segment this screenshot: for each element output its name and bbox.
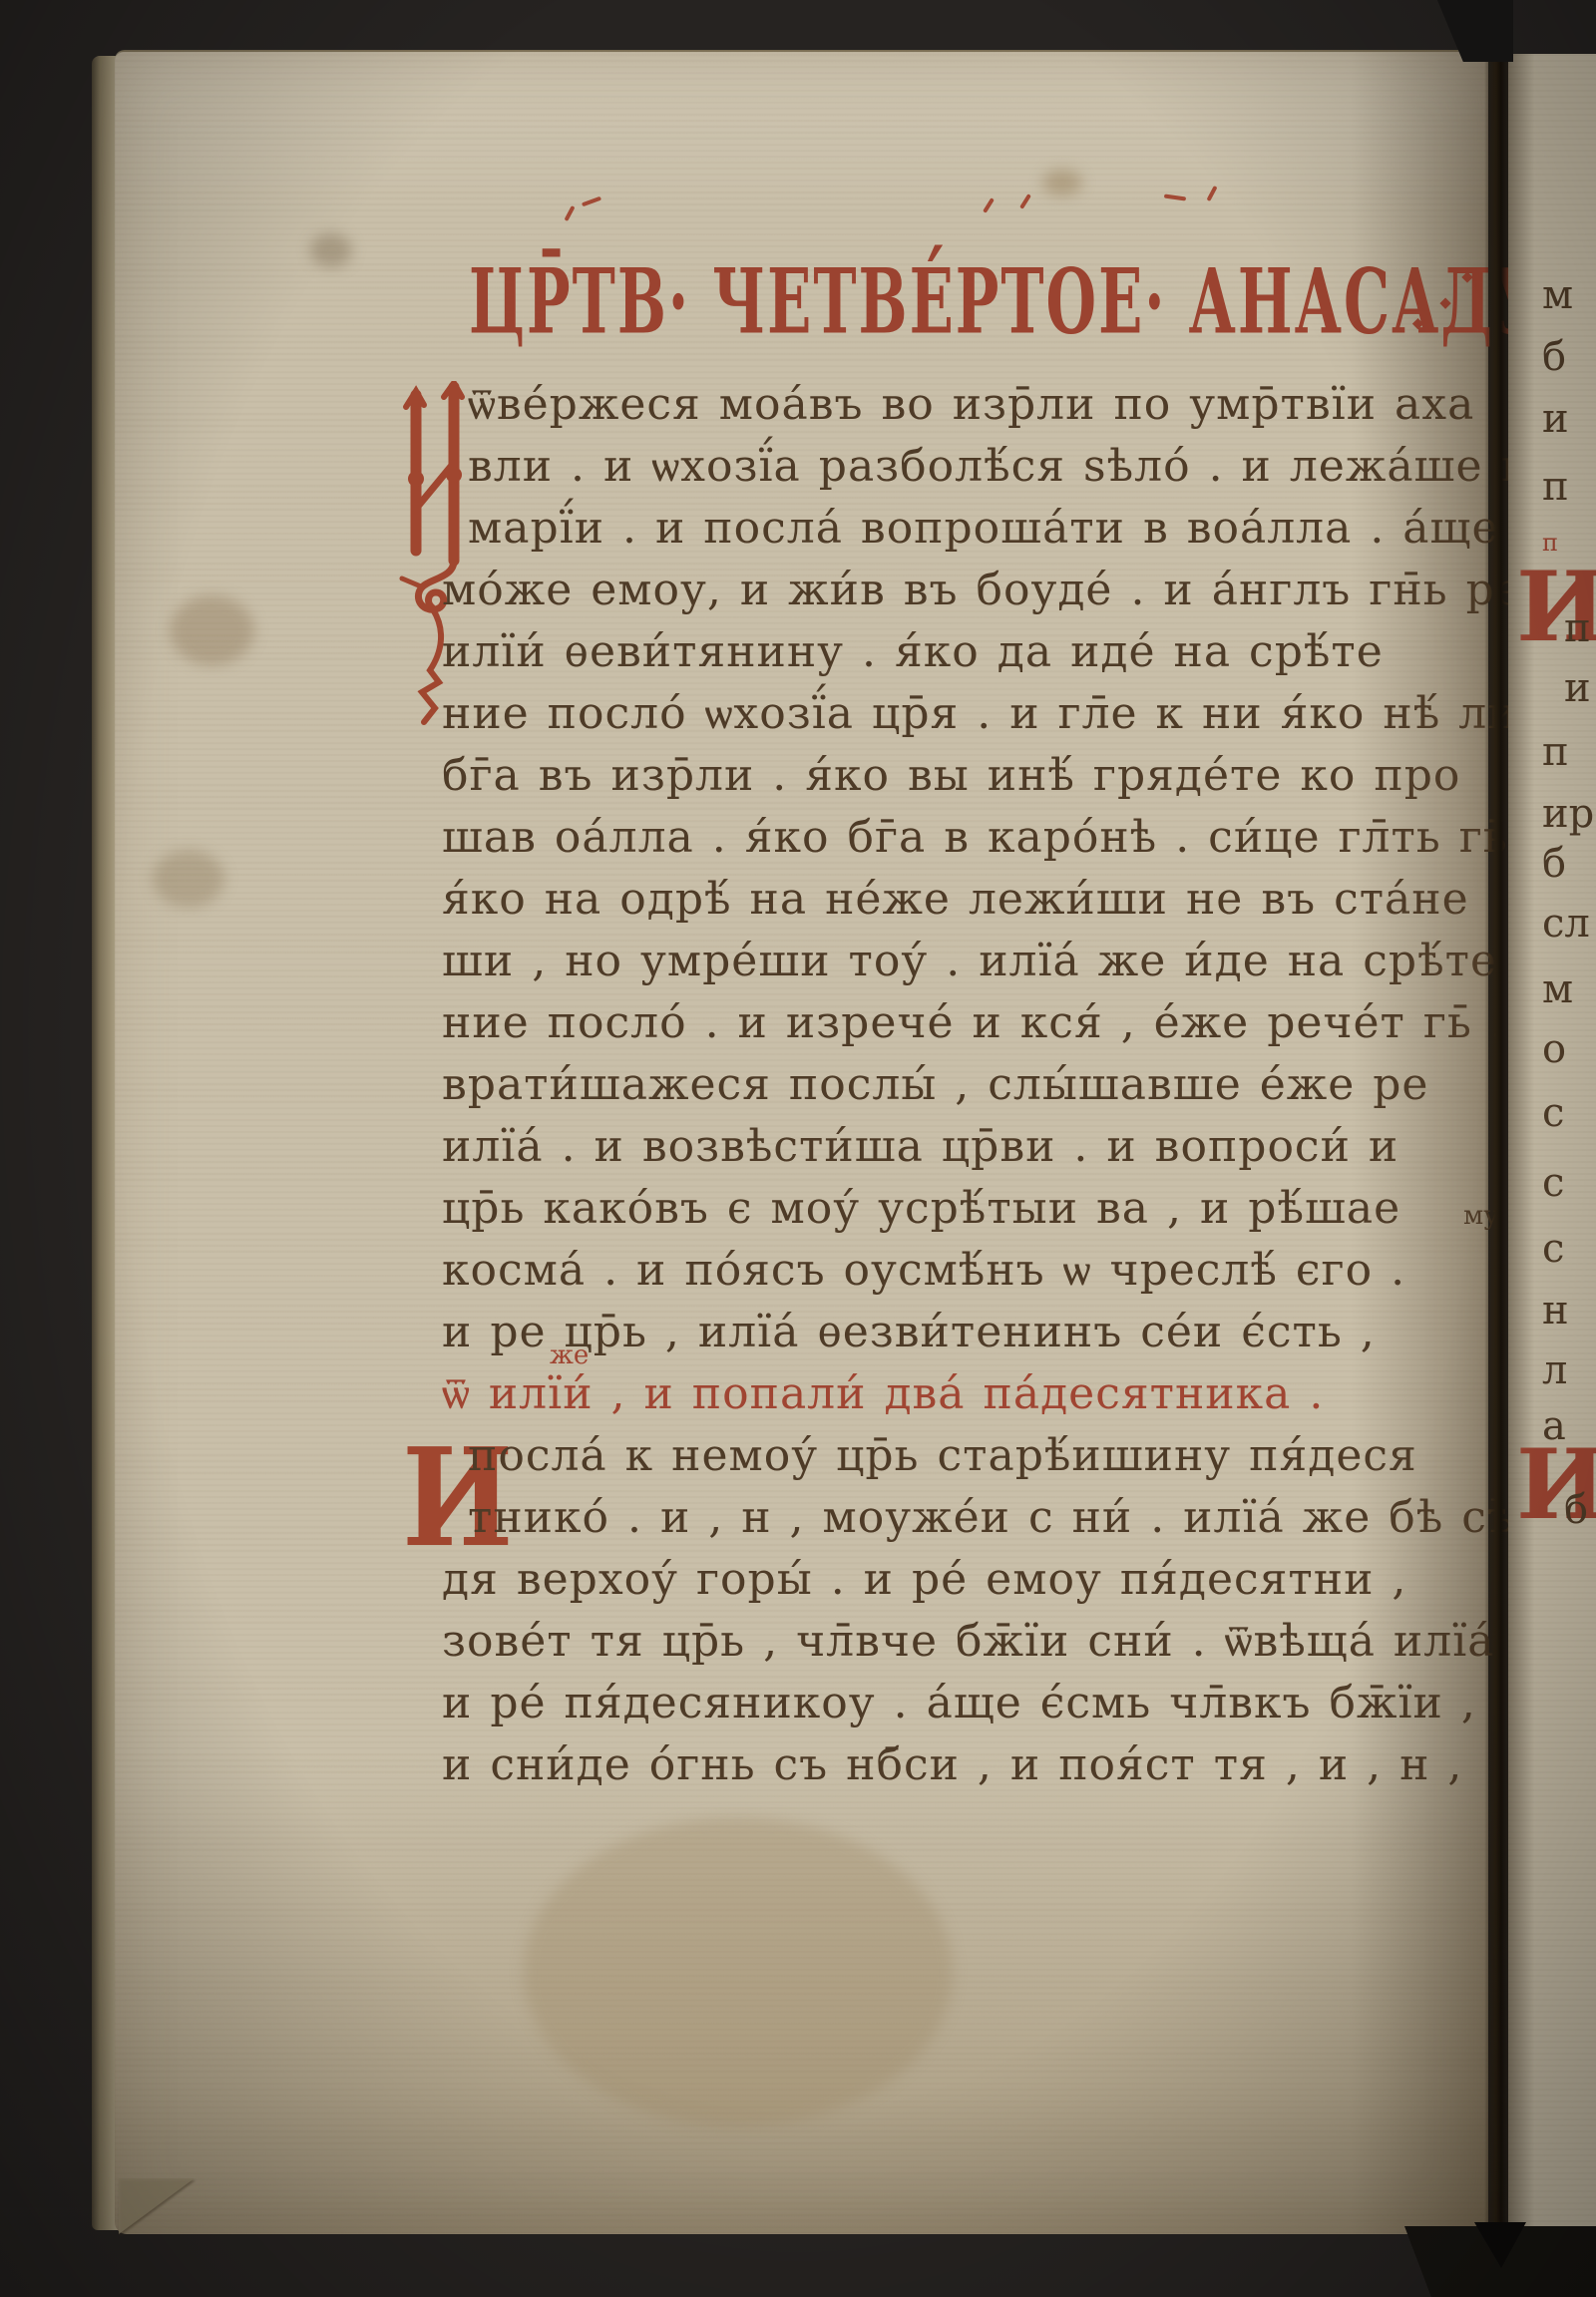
margin-glyph: б xyxy=(1542,844,1566,884)
paper-stain xyxy=(170,595,254,665)
margin-glyph: и xyxy=(1564,668,1591,708)
facing-page-sliver: м б и п п И п и п ир б сл м о с с с н л … xyxy=(1508,54,1596,2228)
text-line: и ре́ пя́десяникоу . а́ще є́смь чл̄вкъ б… xyxy=(442,1675,1484,1736)
text-line: дя верхоу́ горы́ . и ре́ емоу пя́десятни… xyxy=(442,1551,1484,1613)
accent-stroke xyxy=(564,205,575,221)
manuscript-photo: ЦР̄ТВ· ЧЕТВЕ́РТОЕ· АНАСАДУ ВЪ ИЗР̄ЛИ : xyxy=(0,0,1596,2297)
text-line: я́ко на одрѣ́ на не́же лежи́ши не въ ста… xyxy=(442,871,1484,933)
margin-glyph: м xyxy=(1542,969,1573,1009)
paper-stain xyxy=(310,233,352,267)
paper-stain xyxy=(524,1817,953,2126)
superscript-zhe: же xyxy=(550,1340,589,1370)
text-line: вли . и ѡхозї́а разболѣ́ся ѕѣло́ . и леж… xyxy=(442,438,1510,500)
folded-corner xyxy=(119,2178,195,2234)
text-line: бг̄а въ изр̄ли . я́ко вы инѣ́ гряде́те к… xyxy=(442,747,1484,809)
margin-glyph: п xyxy=(1542,732,1569,772)
text-line: ние посло́ ѡхозї́а цр̄я . и гл̄е к ни я́… xyxy=(442,685,1484,747)
text-line: ние посло́ . и изрече́ и кся́ , е́же реч… xyxy=(442,994,1484,1056)
text-line: и ре цр̄ь , илїа́ ѳезви́тенинъ се́и є́ст… xyxy=(442,1304,1484,1365)
margin-glyph: о xyxy=(1542,1029,1566,1069)
text-line: ѿве́ржеся моа́въ во изр̄ли по умр̄твїи а… xyxy=(442,376,1510,438)
text-line: илїа́ . и возвѣсти́ша цр̄ви . и вопроси́… xyxy=(442,1118,1484,1180)
manuscript-page: ЦР̄ТВ· ЧЕТВЕ́РТОЕ· АНАСАДУ ВЪ ИЗР̄ЛИ : xyxy=(115,50,1488,2234)
accent-stroke xyxy=(1164,193,1186,200)
text-line: илїи́ ѳеви́тянину . я́ко да иде́ на срѣ́… xyxy=(442,623,1484,685)
rubric-line: ѿ илїи́ , и попали́ два́ па́десятника . xyxy=(442,1365,1484,1427)
accent-stroke xyxy=(582,196,601,207)
text-line: шав оа́лла . я́ко бг̄а в каро́нѣ . си́це… xyxy=(442,809,1484,871)
margin-glyph: сл xyxy=(1542,904,1590,944)
chapter-title: ЦР̄ТВ· ЧЕТВЕ́РТОЕ· АНАСАДУ ВЪ ИЗР̄ЛИ : xyxy=(469,249,1476,354)
text-line: посла́ к немоу́ цр̄ь старѣ́ишину пя́деся xyxy=(442,1427,1510,1489)
margin-glyph: б xyxy=(1564,1490,1588,1530)
text-line: марї́и . и посла́ вопроша́ти в воа́лла .… xyxy=(442,500,1510,562)
margin-glyph: м xyxy=(1542,275,1573,315)
paper-stain xyxy=(153,850,224,908)
margin-glyph: ир xyxy=(1542,794,1594,834)
text-line: зове́т тя цр̄ь , чл̄вче бж̄їи сни́ . ѿвѣ… xyxy=(442,1613,1484,1675)
text-line: цр̄ь како́въ є моу́ усрѣ́тыи ва , и рѣ́ш… xyxy=(442,1180,1484,1242)
accent-stroke xyxy=(983,197,995,213)
text-line: врати́шажеся послы́ , слы́шавше е́же ре xyxy=(442,1056,1484,1118)
margin-glyph: с xyxy=(1542,1093,1564,1133)
paper-stain xyxy=(1042,170,1082,195)
margin-glyph: п xyxy=(1564,608,1591,648)
margin-glyph: н xyxy=(1542,1291,1569,1331)
margin-glyph: п xyxy=(1542,467,1569,507)
margin-glyph: и xyxy=(1542,399,1569,439)
margin-glyph: б xyxy=(1542,337,1566,377)
accent-stroke xyxy=(1206,186,1217,201)
accent-stroke xyxy=(1019,193,1031,209)
text-line: косма́ . и по́ясъ оусмѣ́нъ ѡ чреслѣ́ єго… xyxy=(442,1242,1484,1304)
text-line: и сни́де о́гнь съ нб̄си , и поя́ст тя , … xyxy=(442,1736,1484,1798)
margin-glyph: л xyxy=(1542,1350,1567,1390)
margin-glyph: с xyxy=(1542,1163,1564,1203)
text-line: ши , но умре́ши тоу́ . илїа́ же и́де на … xyxy=(442,933,1484,994)
margin-glyph: с xyxy=(1542,1229,1564,1269)
text-line: тнико́ . и , н , моуже́и с ни́ . илїа́ ж… xyxy=(442,1489,1510,1551)
text-line: мо́же емоу, и жи́в въ боуде́ . и а́нглъ … xyxy=(442,562,1484,623)
